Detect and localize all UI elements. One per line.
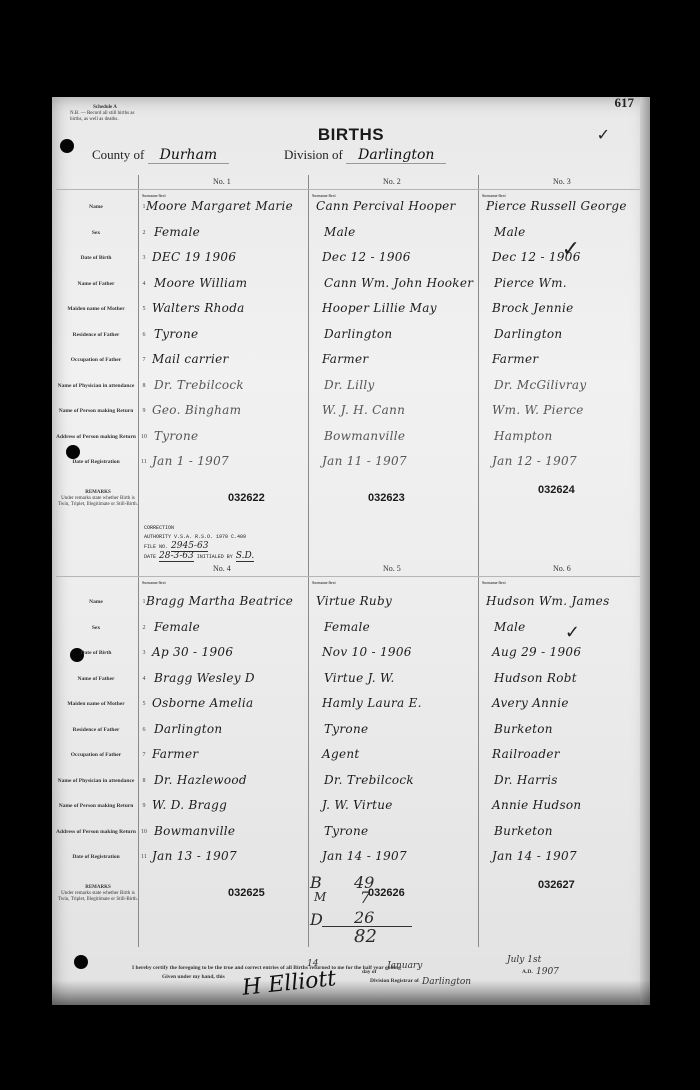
entry-field-name-of-father: Cann Wm. John Hooker [324, 276, 473, 290]
row-label: Residence of Father [56, 727, 136, 733]
entry-field-date-of-registration: Jan 11 - 1907 [322, 454, 407, 468]
row-label: Residence of Father [56, 332, 136, 338]
correction-title: CORRECTION [144, 524, 254, 533]
registration-number: 032624 [538, 484, 575, 496]
entry-field-maiden-name-of-mother: Hamly Laura E. [322, 696, 422, 710]
division-label: Division of [284, 147, 343, 162]
entry-field-sex: Male [324, 225, 356, 239]
header-divider [56, 576, 640, 577]
date-value: 28-3-63 [159, 551, 194, 562]
column-divider [478, 175, 479, 575]
entry-number: No. 5 [383, 564, 401, 573]
entry-field-address-of-person-making-return: Tyrone [324, 824, 368, 838]
row-label: Sex [56, 625, 136, 631]
division-value: Darlington [346, 147, 446, 164]
column-caption: Surname first [312, 193, 336, 198]
tally-total: 82 [354, 929, 377, 944]
remarks-label: REMARKSUnder remarks state whether Birth… [58, 490, 138, 508]
page-number: 617 [615, 95, 635, 111]
certification-line-1: I hereby certify the foregoing to be the… [132, 965, 401, 971]
entry-field-residence-of-father: Darlington [154, 722, 222, 736]
column-divider [308, 562, 309, 947]
entry-field-date-of-registration: Jan 12 - 1907 [492, 454, 577, 468]
certification-month: January [387, 961, 422, 971]
entry-field-occupation-of-father: Farmer [152, 747, 198, 761]
entry-field-name: Hudson Wm. James [486, 594, 610, 608]
county-label: County of [92, 147, 144, 162]
registration-number: 032625 [228, 887, 265, 899]
entry-field-name-of-physician-in-attendance: Dr. Trebilcock [154, 378, 244, 392]
row-label: Date of Birth [56, 650, 136, 656]
check-mark-icon: ✓ [597, 125, 610, 144]
initials-label: INITIALED BY [197, 554, 233, 560]
tally-m-value: 7 [360, 890, 370, 905]
row-number: 9 [140, 408, 148, 414]
remarks-instructions: Under remarks state whether Birth is Twi… [58, 496, 138, 508]
initials-value: S.D. [236, 551, 254, 562]
entry-number: No. 1 [213, 177, 231, 186]
entry-field-sex: Female [154, 620, 200, 634]
row-number: 7 [140, 752, 148, 758]
entry-field-residence-of-father: Tyrone [324, 722, 368, 736]
column-divider [478, 562, 479, 947]
row-label: Date of Registration [56, 854, 136, 860]
correction-stamp: CORRECTION AUTHORITY V.S.A. R.S.O. 1970 … [144, 524, 254, 562]
entry-field-address-of-person-making-return: Burketon [494, 824, 553, 838]
schedule-note: N.B. — Record all still births as births… [70, 111, 140, 123]
row-label: Maiden name of Mother [56, 306, 136, 312]
column-divider [308, 175, 309, 575]
page-edge-shadow [640, 97, 650, 1005]
schedule-header: Schedule A N.B. — Record all still birth… [70, 105, 140, 123]
day-of-label: day of [362, 969, 377, 975]
entry-field-date-of-birth: DEC 19 1906 [152, 250, 236, 264]
remarks-label: REMARKSUnder remarks state whether Birth… [58, 885, 138, 903]
column-divider [138, 175, 139, 575]
entry-field-date-of-birth: Dec 12 - 1906 [322, 250, 411, 264]
entry-number: No. 2 [383, 177, 401, 186]
row-number: 2 [140, 230, 148, 236]
row-label: Address of Person making Return [56, 434, 136, 440]
entry-field-date-of-birth: Dec 12 - 1906 [492, 250, 581, 264]
row-label: Name of Person making Return [56, 803, 136, 809]
row-number: 10 [140, 434, 148, 440]
entry-field-residence-of-father: Darlington [494, 327, 562, 341]
entry-field-address-of-person-making-return: Bowmanville [154, 824, 235, 838]
entry-field-maiden-name-of-mother: Brock Jennie [492, 301, 574, 315]
row-number: 6 [140, 727, 148, 733]
entry-field-occupation-of-father: Agent [322, 747, 360, 761]
header-divider [56, 189, 640, 190]
file-label: FILE NO. [144, 544, 168, 550]
entry-field-name-of-person-making-return: Wm. W. Pierce [492, 403, 584, 417]
entry-field-name: Bragg Martha Beatrice [146, 594, 293, 608]
row-number: 5 [140, 701, 148, 707]
row-label: Occupation of Father [56, 357, 136, 363]
entry-field-date-of-birth: Nov 10 - 1906 [322, 645, 412, 659]
row-label: Name of Physician in attendance [56, 383, 136, 389]
row-number: 11 [140, 459, 148, 465]
remarks-instructions: Under remarks state whether Birth is Twi… [58, 891, 138, 903]
entry-field-name: Moore Margaret Marie [146, 199, 293, 213]
entry-field-sex: Female [154, 225, 200, 239]
row-label: Name of Person making Return [56, 408, 136, 414]
entry-field-occupation-of-father: Railroader [492, 747, 560, 761]
entry-field-name-of-person-making-return: Annie Hudson [492, 798, 581, 812]
entry-field-address-of-person-making-return: Bowmanville [324, 429, 405, 443]
row-label: Sex [56, 230, 136, 236]
entry-field-date-of-registration: Jan 14 - 1907 [322, 849, 407, 863]
entry-field-maiden-name-of-mother: Osborne Amelia [152, 696, 253, 710]
entry-field-date-of-birth: Aug 29 - 1906 [492, 645, 581, 659]
entry-field-occupation-of-father: Farmer [492, 352, 538, 366]
entry-field-sex: Male [494, 225, 526, 239]
entry-field-maiden-name-of-mother: Avery Annie [492, 696, 569, 710]
row-number: 8 [140, 383, 148, 389]
date-label: DATE [144, 554, 156, 560]
entry-field-name-of-person-making-return: J. W. Virtue [322, 798, 393, 812]
entry-field-residence-of-father: Tyrone [154, 327, 198, 341]
tally-d-value: 26 [354, 910, 374, 925]
entry-field-name-of-person-making-return: W. D. Bragg [152, 798, 227, 812]
register-section-top: Name1Sex2Date of Birth3Name of Father4Ma… [56, 175, 640, 575]
row-number: 5 [140, 306, 148, 312]
row-label: Maiden name of Mother [56, 701, 136, 707]
row-number: 2 [140, 625, 148, 631]
punch-hole [74, 955, 88, 969]
page-title: BIRTHS [52, 125, 650, 145]
row-label: Date of Registration [56, 459, 136, 465]
entry-field-name: Virtue Ruby [316, 594, 392, 608]
entry-field-date-of-registration: Jan 14 - 1907 [492, 849, 577, 863]
row-label: Name of Father [56, 281, 136, 287]
entry-field-name: Cann Percival Hooper [316, 199, 456, 213]
bottom-shadow [52, 980, 650, 1005]
row-number: 6 [140, 332, 148, 338]
row-number: 10 [140, 829, 148, 835]
entry-number: No. 4 [213, 564, 231, 573]
entry-field-name-of-father: Moore William [154, 276, 247, 290]
entry-field-residence-of-father: Darlington [324, 327, 392, 341]
entry-field-name-of-physician-in-attendance: Dr. McGilivray [494, 378, 586, 392]
entry-field-name-of-person-making-return: W. J. H. Cann [322, 403, 405, 417]
tally-m-label: M [314, 890, 326, 905]
entry-field-address-of-person-making-return: Tyrone [154, 429, 198, 443]
entry-field-name-of-father: Pierce Wm. [494, 276, 567, 290]
entry-field-name-of-physician-in-attendance: Dr. Lilly [324, 378, 375, 392]
entry-field-name-of-physician-in-attendance: Dr. Trebilcock [324, 773, 414, 787]
entry-field-address-of-person-making-return: Hampton [494, 429, 553, 443]
division-line: Division of Darlington [284, 147, 446, 163]
entry-field-occupation-of-father: Farmer [322, 352, 368, 366]
entry-field-date-of-registration: Jan 1 - 1907 [152, 454, 229, 468]
county-value: Durham [148, 147, 230, 164]
row-number: 8 [140, 778, 148, 784]
county-line: County of Durham [92, 147, 229, 163]
half-year-end: July 1st [507, 955, 541, 965]
row-number: 11 [140, 854, 148, 860]
row-label: Name of Father [56, 676, 136, 682]
entry-field-sex: Female [324, 620, 370, 634]
registration-number: 032623 [368, 492, 405, 504]
column-caption: Surname first [142, 580, 166, 585]
entry-field-residence-of-father: Burketon [494, 722, 553, 736]
entry-field-maiden-name-of-mother: Walters Rhoda [152, 301, 245, 315]
entry-field-sex: Male [494, 620, 526, 634]
column-divider [138, 562, 139, 947]
column-caption: Surname first [482, 193, 506, 198]
row-number: 4 [140, 676, 148, 682]
row-label: Address of Person making Return [56, 829, 136, 835]
row-label: Name [56, 599, 136, 605]
entry-number: No. 3 [553, 177, 571, 186]
certification-year: 1907 [536, 967, 559, 977]
entry-number: No. 6 [553, 564, 571, 573]
row-label: Name [56, 204, 136, 210]
registration-number: 032627 [538, 879, 575, 891]
row-number: 9 [140, 803, 148, 809]
row-number: 3 [140, 255, 148, 261]
entry-field-name-of-person-making-return: Geo. Bingham [152, 403, 241, 417]
ad-label: A.D. [522, 969, 533, 975]
row-label: Date of Birth [56, 255, 136, 261]
entry-field-name-of-father: Hudson Robt [494, 671, 577, 685]
tally-d-label: D [310, 912, 323, 927]
row-label: Occupation of Father [56, 752, 136, 758]
column-caption: Surname first [482, 580, 506, 585]
tally-b-label: B [310, 875, 322, 890]
birth-register-page: 617 Schedule A N.B. — Record all still b… [52, 97, 650, 1005]
registration-number: 032622 [228, 492, 265, 504]
entry-field-name-of-father: Bragg Wesley D [154, 671, 255, 685]
column-caption: Surname first [312, 580, 336, 585]
entry-field-name: Pierce Russell George [486, 199, 627, 213]
row-label: Name of Physician in attendance [56, 778, 136, 784]
column-caption: Surname first [142, 193, 166, 198]
register-section-bottom: Name1Sex2Date of Birth3Name of Father4Ma… [56, 562, 640, 947]
row-number: 4 [140, 281, 148, 287]
row-number: 7 [140, 357, 148, 363]
entry-field-date-of-birth: Ap 30 - 1906 [152, 645, 233, 659]
entry-field-name-of-physician-in-attendance: Dr. Hazlewood [154, 773, 247, 787]
entry-field-name-of-father: Virtue J. W. [324, 671, 395, 685]
punch-hole [60, 139, 74, 153]
row-number: 3 [140, 650, 148, 656]
entry-field-occupation-of-father: Mail carrier [152, 352, 229, 366]
entry-field-name-of-physician-in-attendance: Dr. Harris [494, 773, 558, 787]
entry-field-date-of-registration: Jan 13 - 1907 [152, 849, 237, 863]
entry-field-maiden-name-of-mother: Hooper Lillie May [322, 301, 437, 315]
